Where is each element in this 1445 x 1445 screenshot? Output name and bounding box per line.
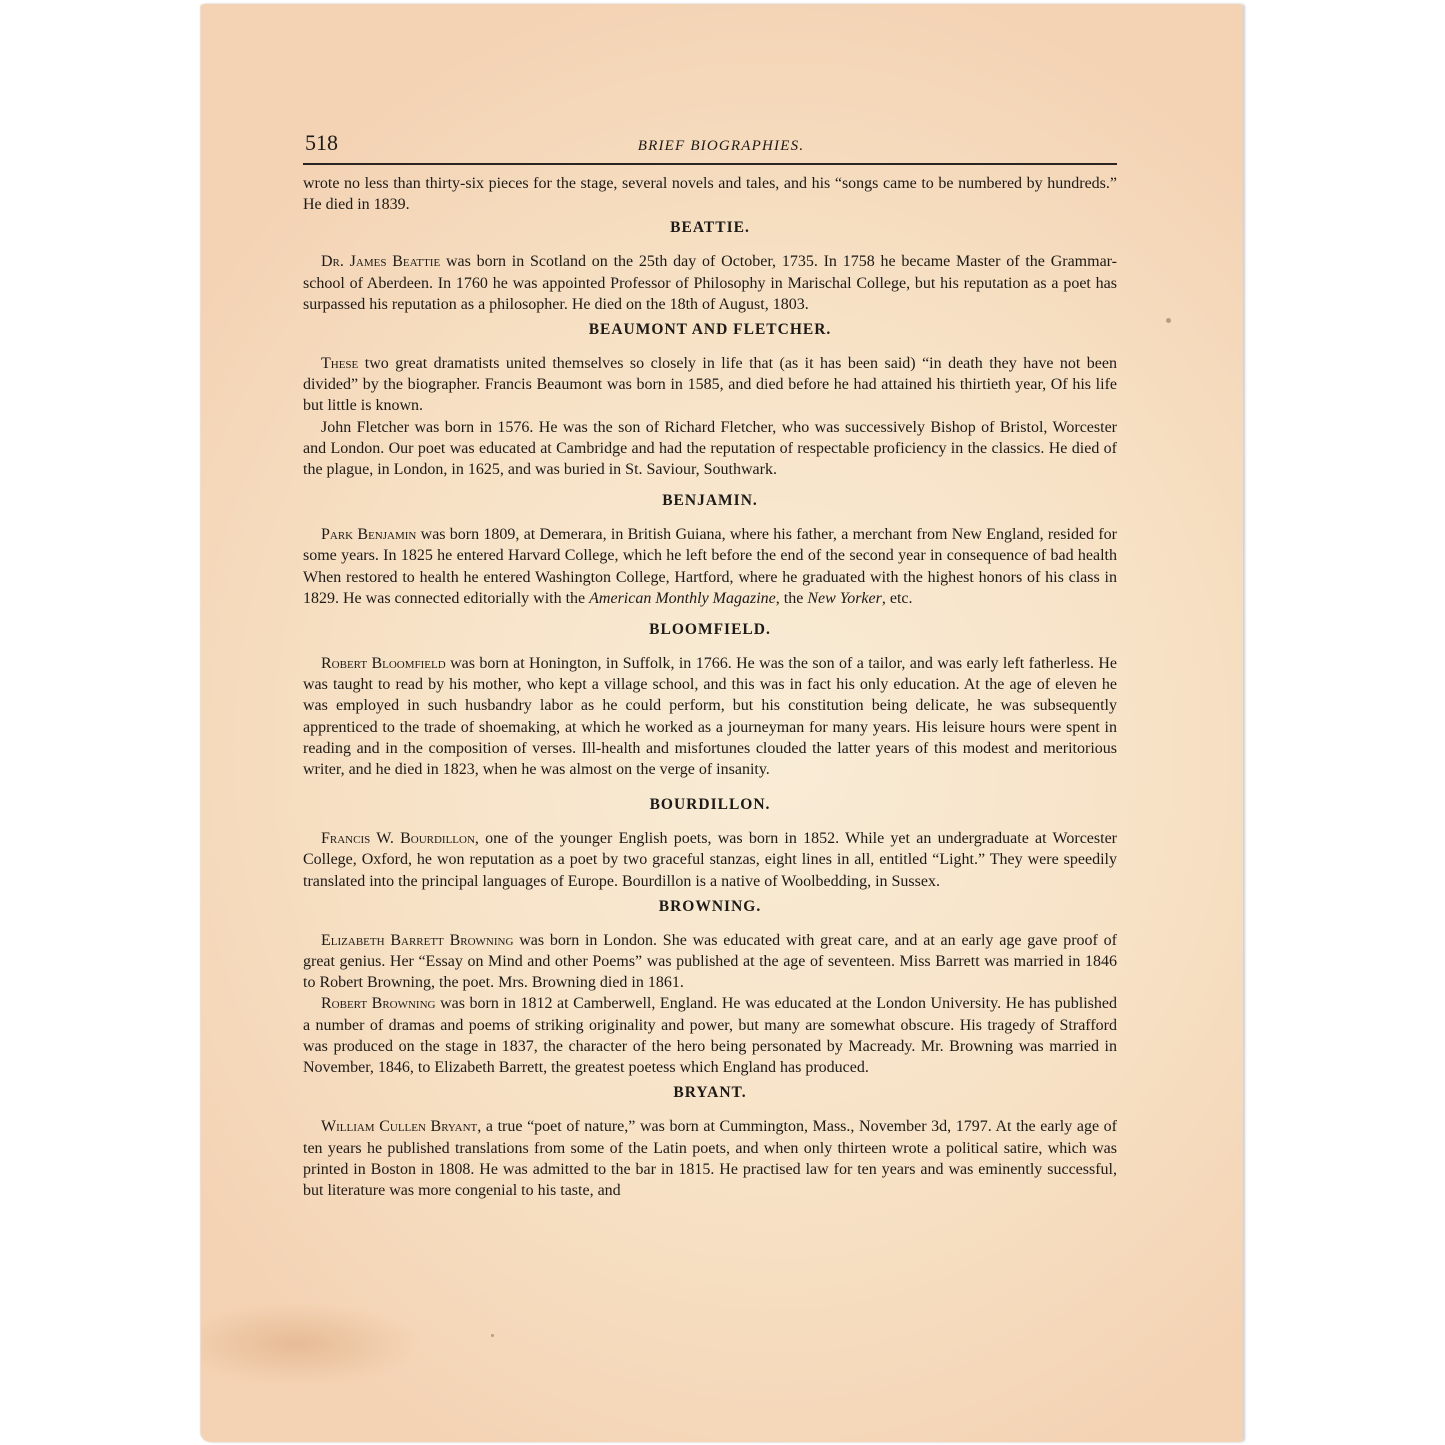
- name-lead: These: [321, 355, 358, 372]
- continuation-paragraph: wrote no less than thirty-six pieces for…: [303, 173, 1117, 215]
- text-column: 518 BRIEF BIOGRAPHIES. wrote no less tha…: [303, 130, 1117, 1201]
- name-lead: Robert Browning: [321, 995, 435, 1012]
- running-title: BRIEF BIOGRAPHIES.: [303, 138, 1117, 155]
- running-head: 518 BRIEF BIOGRAPHIES.: [303, 130, 1117, 160]
- section-heading: BLOOMFIELD.: [303, 621, 1117, 639]
- paragraph: Robert Browning was born in 1812 at Camb…: [303, 993, 1117, 1078]
- section-beaumont-and-fletcher: BEAUMONT AND FLETCHER. These two great d…: [303, 321, 1117, 480]
- paragraph: Robert Bloomfield was born at Honington,…: [303, 653, 1117, 780]
- periodical-title: American Monthly Magazine: [589, 590, 776, 607]
- paragraph: Elizabeth Barrett Browning was born in L…: [303, 930, 1117, 994]
- book-page: 518 BRIEF BIOGRAPHIES. wrote no less tha…: [201, 4, 1243, 1442]
- section-heading: BROWNING.: [303, 898, 1117, 916]
- header-rule: [303, 163, 1117, 165]
- name-lead: Dr. James Beattie: [321, 253, 440, 270]
- paper-blemish: [491, 1334, 494, 1337]
- name-lead: Elizabeth Barrett Browning: [321, 932, 513, 949]
- name-lead: Park Benjamin: [321, 526, 416, 543]
- paragraph: These two great dramatists united themse…: [303, 353, 1117, 417]
- section-benjamin: BENJAMIN. Park Benjamin was born 1809, a…: [303, 492, 1117, 609]
- section-bryant: BRYANT. William Cullen Bryant, a true “p…: [303, 1084, 1117, 1201]
- periodical-title: New Yorker: [807, 590, 882, 607]
- paper-blemish: [1166, 318, 1171, 323]
- name-lead: William Cullen Bryant: [321, 1118, 477, 1135]
- paragraph: William Cullen Bryant, a true “poet of n…: [303, 1116, 1117, 1201]
- section-heading: BENJAMIN.: [303, 492, 1117, 510]
- section-beattie: BEATTIE. Dr. James Beattie was born in S…: [303, 219, 1117, 315]
- paragraph: John Fletcher was born in 1576. He was t…: [303, 417, 1117, 481]
- name-lead: Robert Bloomfield: [321, 655, 446, 672]
- section-bourdillon: BOURDILLON. Francis W. Bourdillon, one o…: [303, 796, 1117, 892]
- paragraph: Francis W. Bourdillon, one of the younge…: [303, 828, 1117, 892]
- section-bloomfield: BLOOMFIELD. Robert Bloomfield was born a…: [303, 621, 1117, 780]
- name-lead: Francis W. Bourdillon: [321, 830, 475, 847]
- section-heading: BEAUMONT AND FLETCHER.: [303, 321, 1117, 339]
- section-browning: BROWNING. Elizabeth Barrett Browning was…: [303, 898, 1117, 1078]
- section-heading: BRYANT.: [303, 1084, 1117, 1102]
- section-heading: BOURDILLON.: [303, 796, 1117, 814]
- paragraph: Dr. James Beattie was born in Scotland o…: [303, 251, 1117, 315]
- paragraph: Park Benjamin was born 1809, at Demerara…: [303, 524, 1117, 609]
- section-heading: BEATTIE.: [303, 219, 1117, 237]
